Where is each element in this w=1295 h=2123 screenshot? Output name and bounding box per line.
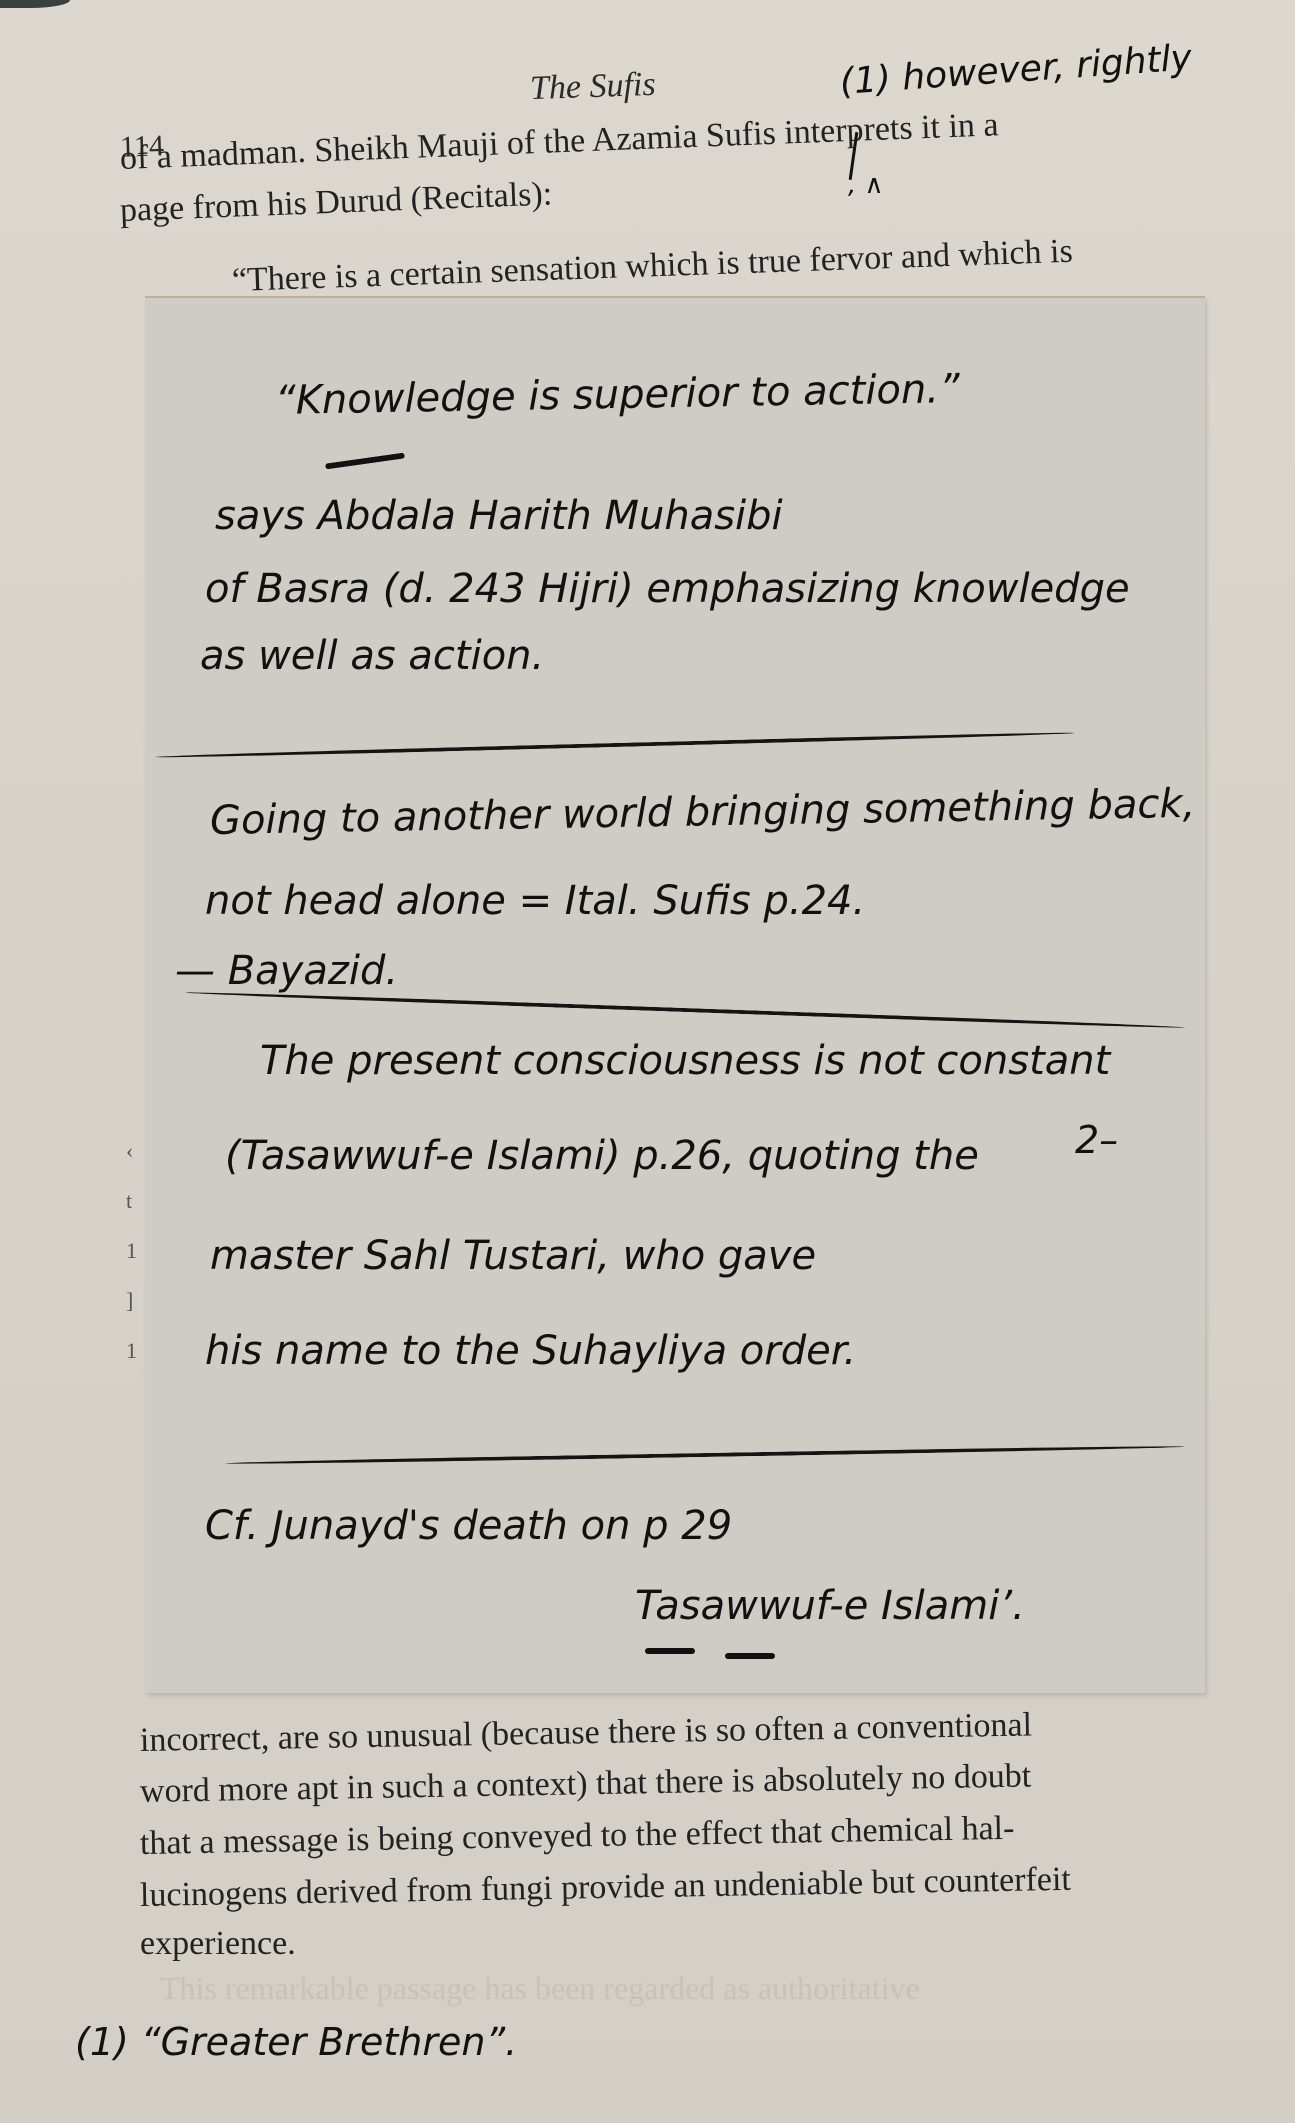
card-line: Tasawwuf-e Islami’. <box>635 1583 1025 1629</box>
page-corner-shadow <box>0 0 70 8</box>
underline-mark <box>325 452 405 469</box>
book-page: The Sufis 114 (1) however, rightly , ∧ o… <box>0 0 1295 2123</box>
body-text-line: incorrect, are so unusual (because there… <box>140 1706 1033 1760</box>
card-line: his name to the Suhayliya order. <box>205 1328 856 1374</box>
handwritten-index-card: “Knowledge is superior to action.” says … <box>145 296 1205 1693</box>
margin-tick: ] <box>126 1276 137 1326</box>
card-line: — Bayazid. <box>175 948 398 994</box>
section-divider <box>185 991 1185 1030</box>
section-divider <box>155 731 1075 759</box>
handwritten-margin-note: (1) however, rightly <box>839 37 1194 102</box>
card-line: not head alone = Ital. Sufis p.24. <box>205 878 865 924</box>
body-text-line: that a message is being conveyed to the … <box>140 1810 1015 1863</box>
body-text-line: “There is a certain sensation which is t… <box>231 233 1073 300</box>
card-line: of Basra (d. 243 Hijri) emphasizing know… <box>205 566 1130 612</box>
show-through-text: This remarkable passage has been regarde… <box>160 1970 920 2007</box>
card-line: Going to another world bringing somethin… <box>210 781 1196 844</box>
margin-ticks: ‹ t 1 ] 1 <box>126 1126 137 1376</box>
body-text-line: word more apt in such a context) that th… <box>140 1757 1032 1811</box>
margin-tick: t <box>126 1176 137 1226</box>
card-line: Cf. Junayd's death on p 29 <box>205 1503 732 1549</box>
margin-tick: 1 <box>126 1326 137 1376</box>
section-divider <box>225 1445 1185 1466</box>
running-head: The Sufis <box>529 66 656 108</box>
body-text-line: experience. <box>140 1925 296 1963</box>
card-line: “Knowledge is superior to action.” <box>275 366 961 424</box>
card-line: as well as action. <box>200 633 544 679</box>
insertion-mark: , ∧ <box>848 170 884 200</box>
body-text-line: lucinogens derived from fungi provide an… <box>140 1861 1071 1915</box>
card-line: (Tasawwuf-e Islami) p.26, quoting the <box>225 1133 979 1179</box>
side-mark: 2– <box>1075 1118 1118 1162</box>
underline-mark <box>645 1648 695 1654</box>
margin-tick: ‹ <box>126 1126 137 1176</box>
body-text-line: page from his Durud (Recitals): <box>119 175 553 230</box>
body-text-line: of a madman. Sheikh Mauji of the Azamia … <box>119 106 999 178</box>
underline-mark <box>725 1653 775 1659</box>
card-line: The present consciousness is not constan… <box>260 1038 1110 1084</box>
card-line: master Sahl Tustari, who gave <box>210 1233 816 1279</box>
margin-tick: 1 <box>126 1226 137 1276</box>
card-line: says Abdala Harith Muhasibi <box>215 493 783 539</box>
handwritten-footnote: (1) “Greater Brethren”. <box>75 2020 517 2064</box>
